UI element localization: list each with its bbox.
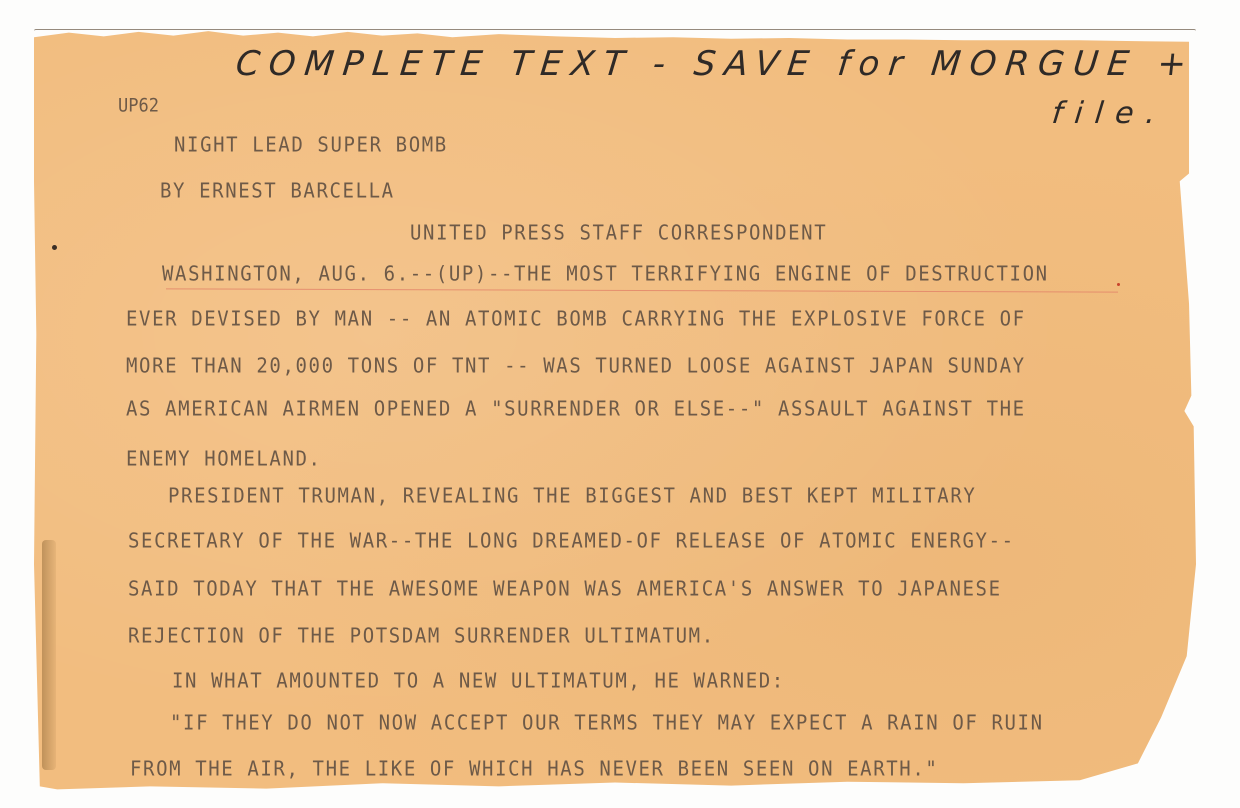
body-line: SAID TODAY THAT THE AWESOME WEAPON WAS A…	[128, 577, 1002, 601]
body-line: PRESIDENT TRUMAN, REVEALING THE BIGGEST …	[168, 484, 976, 508]
story-headline: NIGHT LEAD SUPER BOMB	[174, 133, 448, 157]
red-pencil-dot	[1117, 283, 1120, 286]
handwritten-annotation-line2: file.	[1050, 96, 1169, 131]
body-line: REJECTION OF THE POTSDAM SURRENDER ULTIM…	[128, 624, 715, 648]
ink-spot	[52, 245, 57, 250]
scan-canvas: COMPLETE TEXT - SAVE for MORGUE + file. …	[0, 0, 1240, 808]
credit-line: UNITED PRESS STAFF CORRESPONDENT	[410, 221, 827, 245]
body-line: WASHINGTON, AUG. 6.--(UP)--THE MOST TERR…	[162, 262, 1049, 286]
body-line: SECRETARY OF THE WAR--THE LONG DREAMED-O…	[128, 529, 1015, 553]
byline: BY ERNEST BARCELLA	[160, 179, 395, 203]
body-line: IN WHAT AMOUNTED TO A NEW ULTIMATUM, HE …	[172, 669, 785, 693]
body-line: EVER DEVISED BY MAN -- AN ATOMIC BOMB CA…	[126, 307, 1026, 331]
body-line: ENEMY HOMELAND.	[126, 447, 322, 471]
torn-top-edge	[34, 29, 1196, 33]
body-line: MORE THAN 20,000 TONS OF TNT -- WAS TURN…	[126, 354, 1026, 378]
body-line: FROM THE AIR, THE LIKE OF WHICH HAS NEVE…	[130, 757, 938, 781]
wire-slug: UP62	[118, 95, 159, 117]
body-line: "IF THEY DO NOT NOW ACCEPT OUR TERMS THE…	[170, 711, 1044, 735]
handwritten-annotation-line1: COMPLETE TEXT - SAVE for MORGUE +	[234, 44, 1197, 84]
body-line: AS AMERICAN AIRMEN OPENED A "SURRENDER O…	[126, 397, 1026, 421]
paper-fold-shadow	[42, 540, 56, 770]
